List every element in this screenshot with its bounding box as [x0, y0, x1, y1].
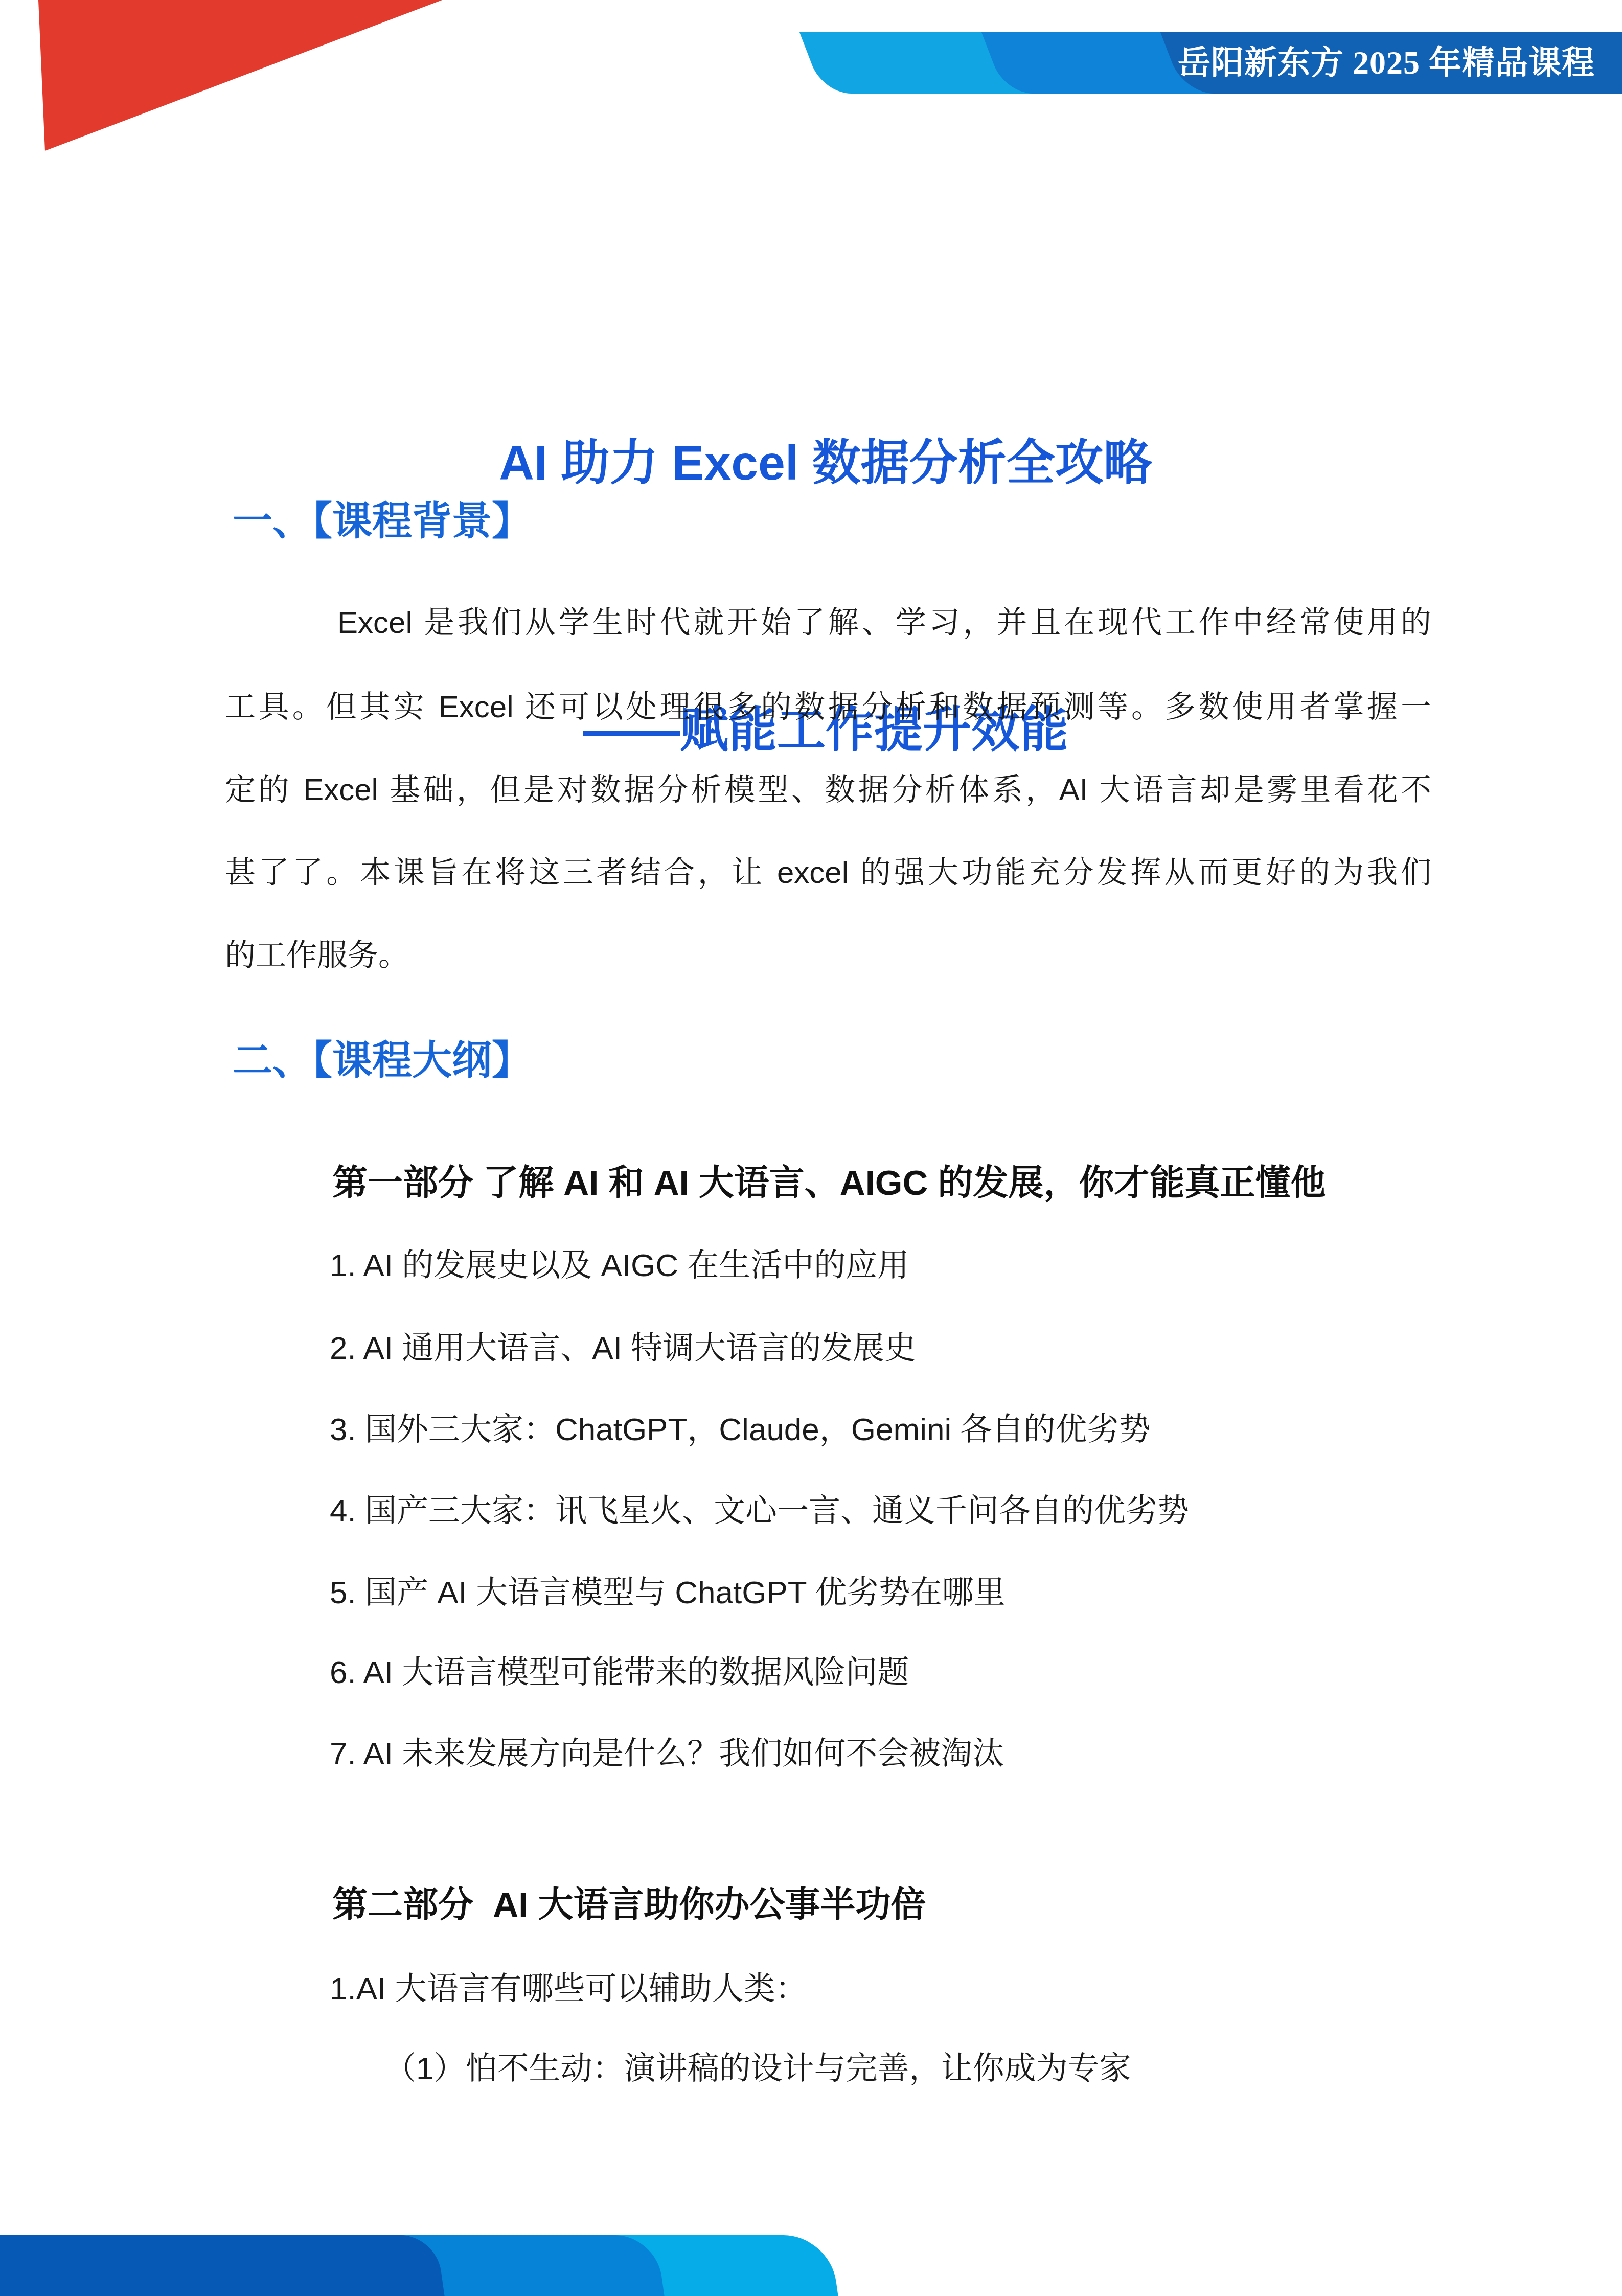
section-heading-outline: 二、【课程大纲】: [233, 1033, 532, 1089]
part1-heading: 第一部分 了解 AI 和 AI 大语言、AIGC 的发展，你才能真正懂他: [332, 1142, 1326, 1224]
part2-sub-item: （1）怕不生动：演讲稿的设计与完善，让你成为专家: [384, 2028, 1131, 2110]
paragraph-line: 的工作服务。: [225, 914, 1431, 997]
footer-ribbon-dark: [0, 2235, 445, 2296]
list-item: 1. AI 的发展史以及 AIGC 在生活中的应用: [330, 1225, 909, 1307]
list-item: 6. AI 大语言模型可能带来的数据风险问题: [330, 1632, 909, 1714]
list-item: 3. 国外三大家：ChatGPT，Claude，Gemini 各自的优劣势: [330, 1389, 1150, 1471]
list-item: 2. AI 通用大语言、AI 特调大语言的发展史: [330, 1308, 916, 1390]
section-heading-background: 一、【课程背景】: [233, 493, 532, 550]
paragraph-line: 工具。但其实 Excel 还可以处理很多的数据分析和数据预测等。多数使用者掌握一: [225, 665, 1431, 748]
paragraph-line: Excel 是我们从学生时代就开始了解、学习，并且在现代工作中经常使用的: [225, 581, 1431, 664]
document-page: 岳阳新东方 2025 年精品课程 AI 助力 Excel 数据分析全攻略 ——赋…: [0, 0, 1622, 2296]
paragraph-line: 定的 Excel 基础，但是对数据分析模型、数据分析体系，AI 大语言却是雾里看…: [225, 748, 1431, 831]
part2-sub-heading: 1.AI 大语言有哪些可以辅助人类：: [330, 1948, 807, 2030]
paragraph-line: 甚了了。本课旨在将这三者结合，让 excel 的强大功能充分发挥从而更好的为我们: [225, 831, 1431, 914]
corner-ribbon-decoration: [0, 0, 460, 164]
list-item: 5. 国产 AI 大语言模型与 ChatGPT 优劣势在哪里: [330, 1552, 1006, 1634]
list-item: 7. AI 未来发展方向是什么？我们如何不会被淘汰: [330, 1713, 1004, 1795]
part2-heading: 第二部分 AI 大语言助你办公事半功倍: [332, 1864, 926, 1946]
header-banner-label: 岳阳新东方 2025 年精品课程: [1171, 32, 1595, 94]
list-item: 4. 国产三大家：讯飞星火、文心一言、通义千问各自的优劣势: [330, 1470, 1189, 1552]
